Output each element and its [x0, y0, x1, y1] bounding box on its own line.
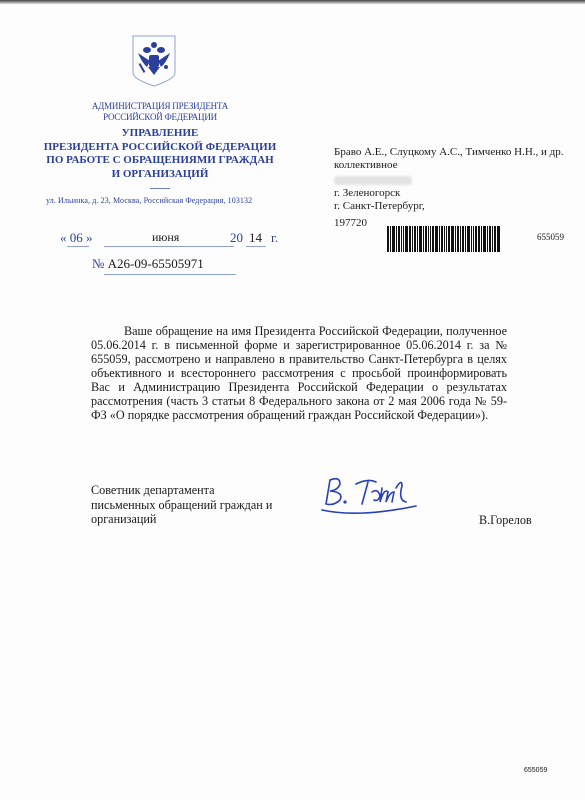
date-day: « 06 » [60, 230, 93, 246]
header-divider [150, 188, 170, 189]
recipient-type: коллективное [334, 159, 564, 172]
coat-of-arms-icon [130, 33, 178, 89]
date-year-suffix: 14 [249, 230, 262, 246]
scan-top-edge [0, 0, 585, 4]
date-g: г. [271, 230, 278, 246]
letter-body: Ваше обращение на имя Президента Российс… [91, 324, 507, 422]
recipient-names: Браво А.Е., Слуцкому А.С., Тимченко Н.Н.… [334, 146, 564, 159]
administration-name: АДМИНИСТРАЦИЯ ПРЕЗИДЕНТА РОССИЙСКОЙ ФЕДЕ… [40, 101, 280, 123]
recipient-city: г. Зеленогорск [334, 187, 564, 200]
handwritten-signature [318, 474, 430, 520]
department-name: УПРАВЛЕНИЕ ПРЕЗИДЕНТА РОССИЙСКОЙ ФЕДЕРАЦ… [40, 127, 280, 181]
signatory-title: Советник департамента письменных обращен… [91, 483, 272, 527]
recipient-block: Браво А.Е., Слуцкому А.С., Тимченко Н.Н.… [334, 146, 564, 230]
barcode-number: 655059 [537, 232, 564, 242]
registration-value: А26-09-65505971 [108, 256, 204, 271]
barcode [387, 226, 522, 252]
registration-number: № А26-09-65505971 [92, 256, 204, 272]
date-month: июня [152, 230, 179, 245]
letterhead-address: ул. Ильинка, д. 23, Москва, Российская Ф… [46, 196, 252, 205]
body-paragraph: Ваше обращение на имя Президента Российс… [91, 324, 507, 422]
number-sign: № [92, 256, 104, 271]
recipient-region: г. Санкт-Петербург, [334, 200, 564, 213]
signatory-name: В.Горелов [479, 513, 532, 528]
footer-document-number: 655059 [524, 767, 547, 774]
date-year-prefix: 20 [230, 230, 243, 246]
redacted-address [334, 176, 412, 185]
